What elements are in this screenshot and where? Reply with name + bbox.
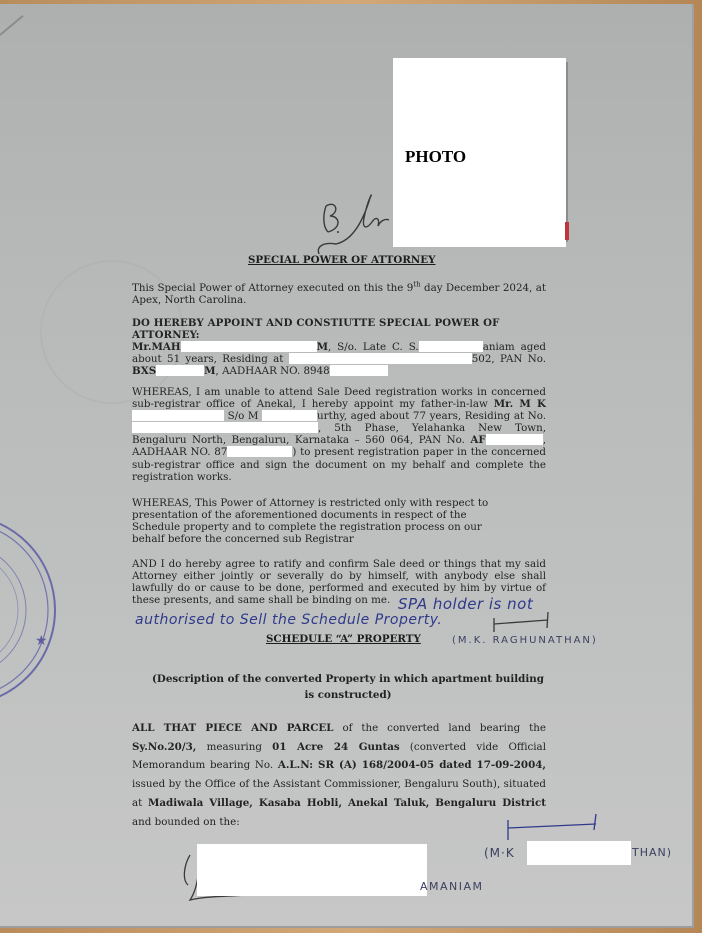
redacted-principal-name xyxy=(181,341,317,352)
principal-pan-suffix: M xyxy=(204,365,215,377)
attorney-signature-icon xyxy=(500,812,610,842)
principal-name-prefix: Mr.MAH xyxy=(132,341,181,353)
official-seal-stamp-icon: ★ xyxy=(0,520,70,700)
schedule-title: SCHEDULE “A” PROPERTY xyxy=(266,633,421,645)
property-text: of the converted land bearing the xyxy=(334,722,546,734)
attorney-age: urthy, aged about 77 years, Residing at … xyxy=(317,410,546,422)
redacted-attorney-father xyxy=(262,410,317,421)
principal-signature-name: AMANIAM xyxy=(420,880,484,893)
principal-relation: , S/o. Late C. S. xyxy=(328,341,419,353)
property-location: Madiwala Village, Kasaba Hobli, Anekal T… xyxy=(148,797,546,809)
intro-superscript: th xyxy=(413,281,420,289)
memo-number: A.L.N: SR (A) 168/2004-05 dated 17-09-20… xyxy=(278,759,546,771)
schedule-description: (Description of the converted Property i… xyxy=(148,671,548,703)
redacted-address xyxy=(289,353,472,364)
property-paragraph: ALL THAT PIECE AND PARCEL of the convert… xyxy=(132,719,546,831)
handwritten-note-line-2: authorised to Sell the Schedule Property… xyxy=(135,612,442,628)
signature-icon xyxy=(314,188,399,258)
property-heading: ALL THAT PIECE AND PARCEL xyxy=(132,722,334,734)
redacted-attorney-aadhaar xyxy=(227,446,292,457)
attorney-pan-prefix: AF xyxy=(470,434,485,446)
photo-mark xyxy=(565,222,569,240)
attorney-signature-name-suffix: THAN) xyxy=(632,846,672,859)
redacted-attorney-signature-name xyxy=(527,841,631,865)
redacted-attorney-name xyxy=(132,410,224,421)
principal-aadhaar: , AADHAAR NO. 8948 xyxy=(216,365,330,377)
photo-label: PHOTO xyxy=(405,147,466,167)
page-edge xyxy=(692,4,694,926)
property-text: measuring xyxy=(196,741,272,753)
principal-name-suffix: M xyxy=(317,341,328,353)
principal-father-suffix: aniam aged xyxy=(483,341,546,353)
principal-address-suffix: 502, PAN No. xyxy=(472,353,546,365)
redacted-father-name xyxy=(419,341,483,352)
appoint-heading: DO HEREBY APPOINT AND CONSTIUTTE SPECIAL… xyxy=(132,317,546,341)
handwritten-attorney-name: (M.K. RAGHUNATHAN) xyxy=(452,635,598,646)
redacted-attorney-pan xyxy=(486,434,543,445)
redacted-aadhaar xyxy=(330,365,388,376)
principal-age: about 51 years, Residing at xyxy=(132,353,283,365)
page-fold-mark xyxy=(0,15,24,36)
principal-paragraph: Mr.MAHM, S/o. Late C. S.aniam aged about… xyxy=(132,341,546,377)
whereas-restriction-paragraph: WHEREAS, This Power of Attorney is restr… xyxy=(132,497,512,545)
whereas-text: WHEREAS, I am unable to attend Sale Deed… xyxy=(132,386,546,410)
whereas-appoint-paragraph: WHEREAS, I am unable to attend Sale Deed… xyxy=(132,386,546,483)
redacted-attorney-address xyxy=(132,422,318,433)
photo-placeholder: PHOTO xyxy=(393,58,566,247)
document-title: SPECIAL POWER OF ATTORNEY xyxy=(248,254,436,266)
attorney-signature-name-prefix: (M·K xyxy=(484,846,515,860)
attorney-relation: S/o M xyxy=(224,410,258,422)
principal-pan-prefix: BXS xyxy=(132,365,156,377)
property-area: 01 Acre 24 Guntas xyxy=(272,741,400,753)
photo-edge xyxy=(566,62,568,242)
survey-number: Sy.No.20/3, xyxy=(132,741,196,753)
svg-text:★: ★ xyxy=(35,633,48,649)
handwritten-signature-mark-icon xyxy=(490,610,560,635)
attorney-name: Mr. M K xyxy=(494,398,546,410)
intro-text: This Special Power of Attorney executed … xyxy=(132,282,413,294)
redacted-principal-signature xyxy=(197,844,427,896)
redacted-pan xyxy=(156,365,204,376)
intro-paragraph: This Special Power of Attorney executed … xyxy=(132,282,546,306)
